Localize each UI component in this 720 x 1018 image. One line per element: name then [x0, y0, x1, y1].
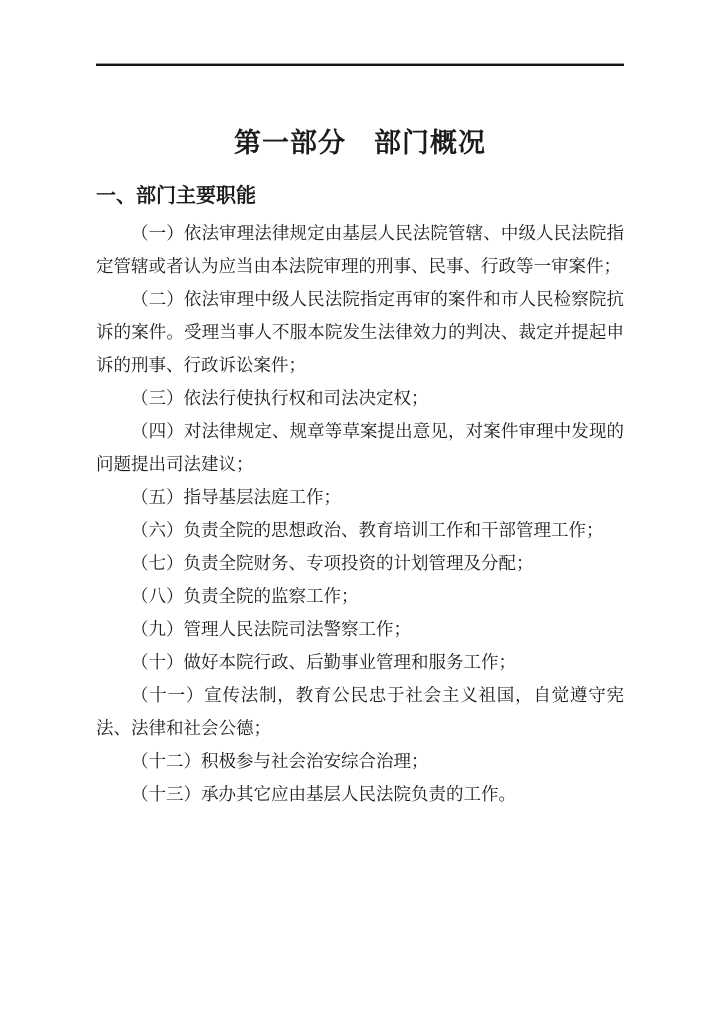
function-list-item: （九）管理人民法院司法警察工作； — [96, 613, 624, 646]
function-list-item: （十）做好本院行政、后勤事业管理和服务工作； — [96, 646, 624, 679]
function-list: （一）依法审理法律规定由基层人民法院管辖、中级人民法院指定管辖或者认为应当由本法… — [96, 217, 624, 811]
function-list-item: （二）依法审理中级人民法院指定再审的案件和市人民检察院抗诉的案件。受理当事人不服… — [96, 283, 624, 382]
function-list-item: （四）对法律规定、规章等草案提出意见，对案件审理中发现的问题提出司法建议； — [96, 415, 624, 481]
function-list-item: （六）负责全院的思想政治、教育培训工作和干部管理工作； — [96, 514, 624, 547]
function-list-item: （十一）宣传法制，教育公民忠于社会主义祖国，自觉遵守宪法、法律和社会公德； — [96, 679, 624, 745]
function-list-item: （三）依法行使执行权和司法决定权； — [96, 382, 624, 415]
document-page: 第一部分 部门概况 一、部门主要职能 （一）依法审理法律规定由基层人民法院管辖、… — [0, 0, 720, 1018]
function-list-item: （十三）承办其它应由基层人民法院负责的工作。 — [96, 778, 624, 811]
function-list-item: （一）依法审理法律规定由基层人民法院管辖、中级人民法院指定管辖或者认为应当由本法… — [96, 217, 624, 283]
section-heading: 一、部门主要职能 — [96, 183, 624, 209]
header-rule-divider — [96, 63, 624, 66]
function-list-item: （八）负责全院的监察工作； — [96, 580, 624, 613]
function-list-item: （十二）积极参与社会治安综合治理； — [96, 745, 624, 778]
page-content: 第一部分 部门概况 一、部门主要职能 （一）依法审理法律规定由基层人民法院管辖、… — [0, 63, 720, 811]
function-list-item: （五）指导基层法庭工作； — [96, 481, 624, 514]
function-list-item: （七）负责全院财务、专项投资的计划管理及分配； — [96, 547, 624, 580]
page-title: 第一部分 部门概况 — [96, 125, 624, 161]
